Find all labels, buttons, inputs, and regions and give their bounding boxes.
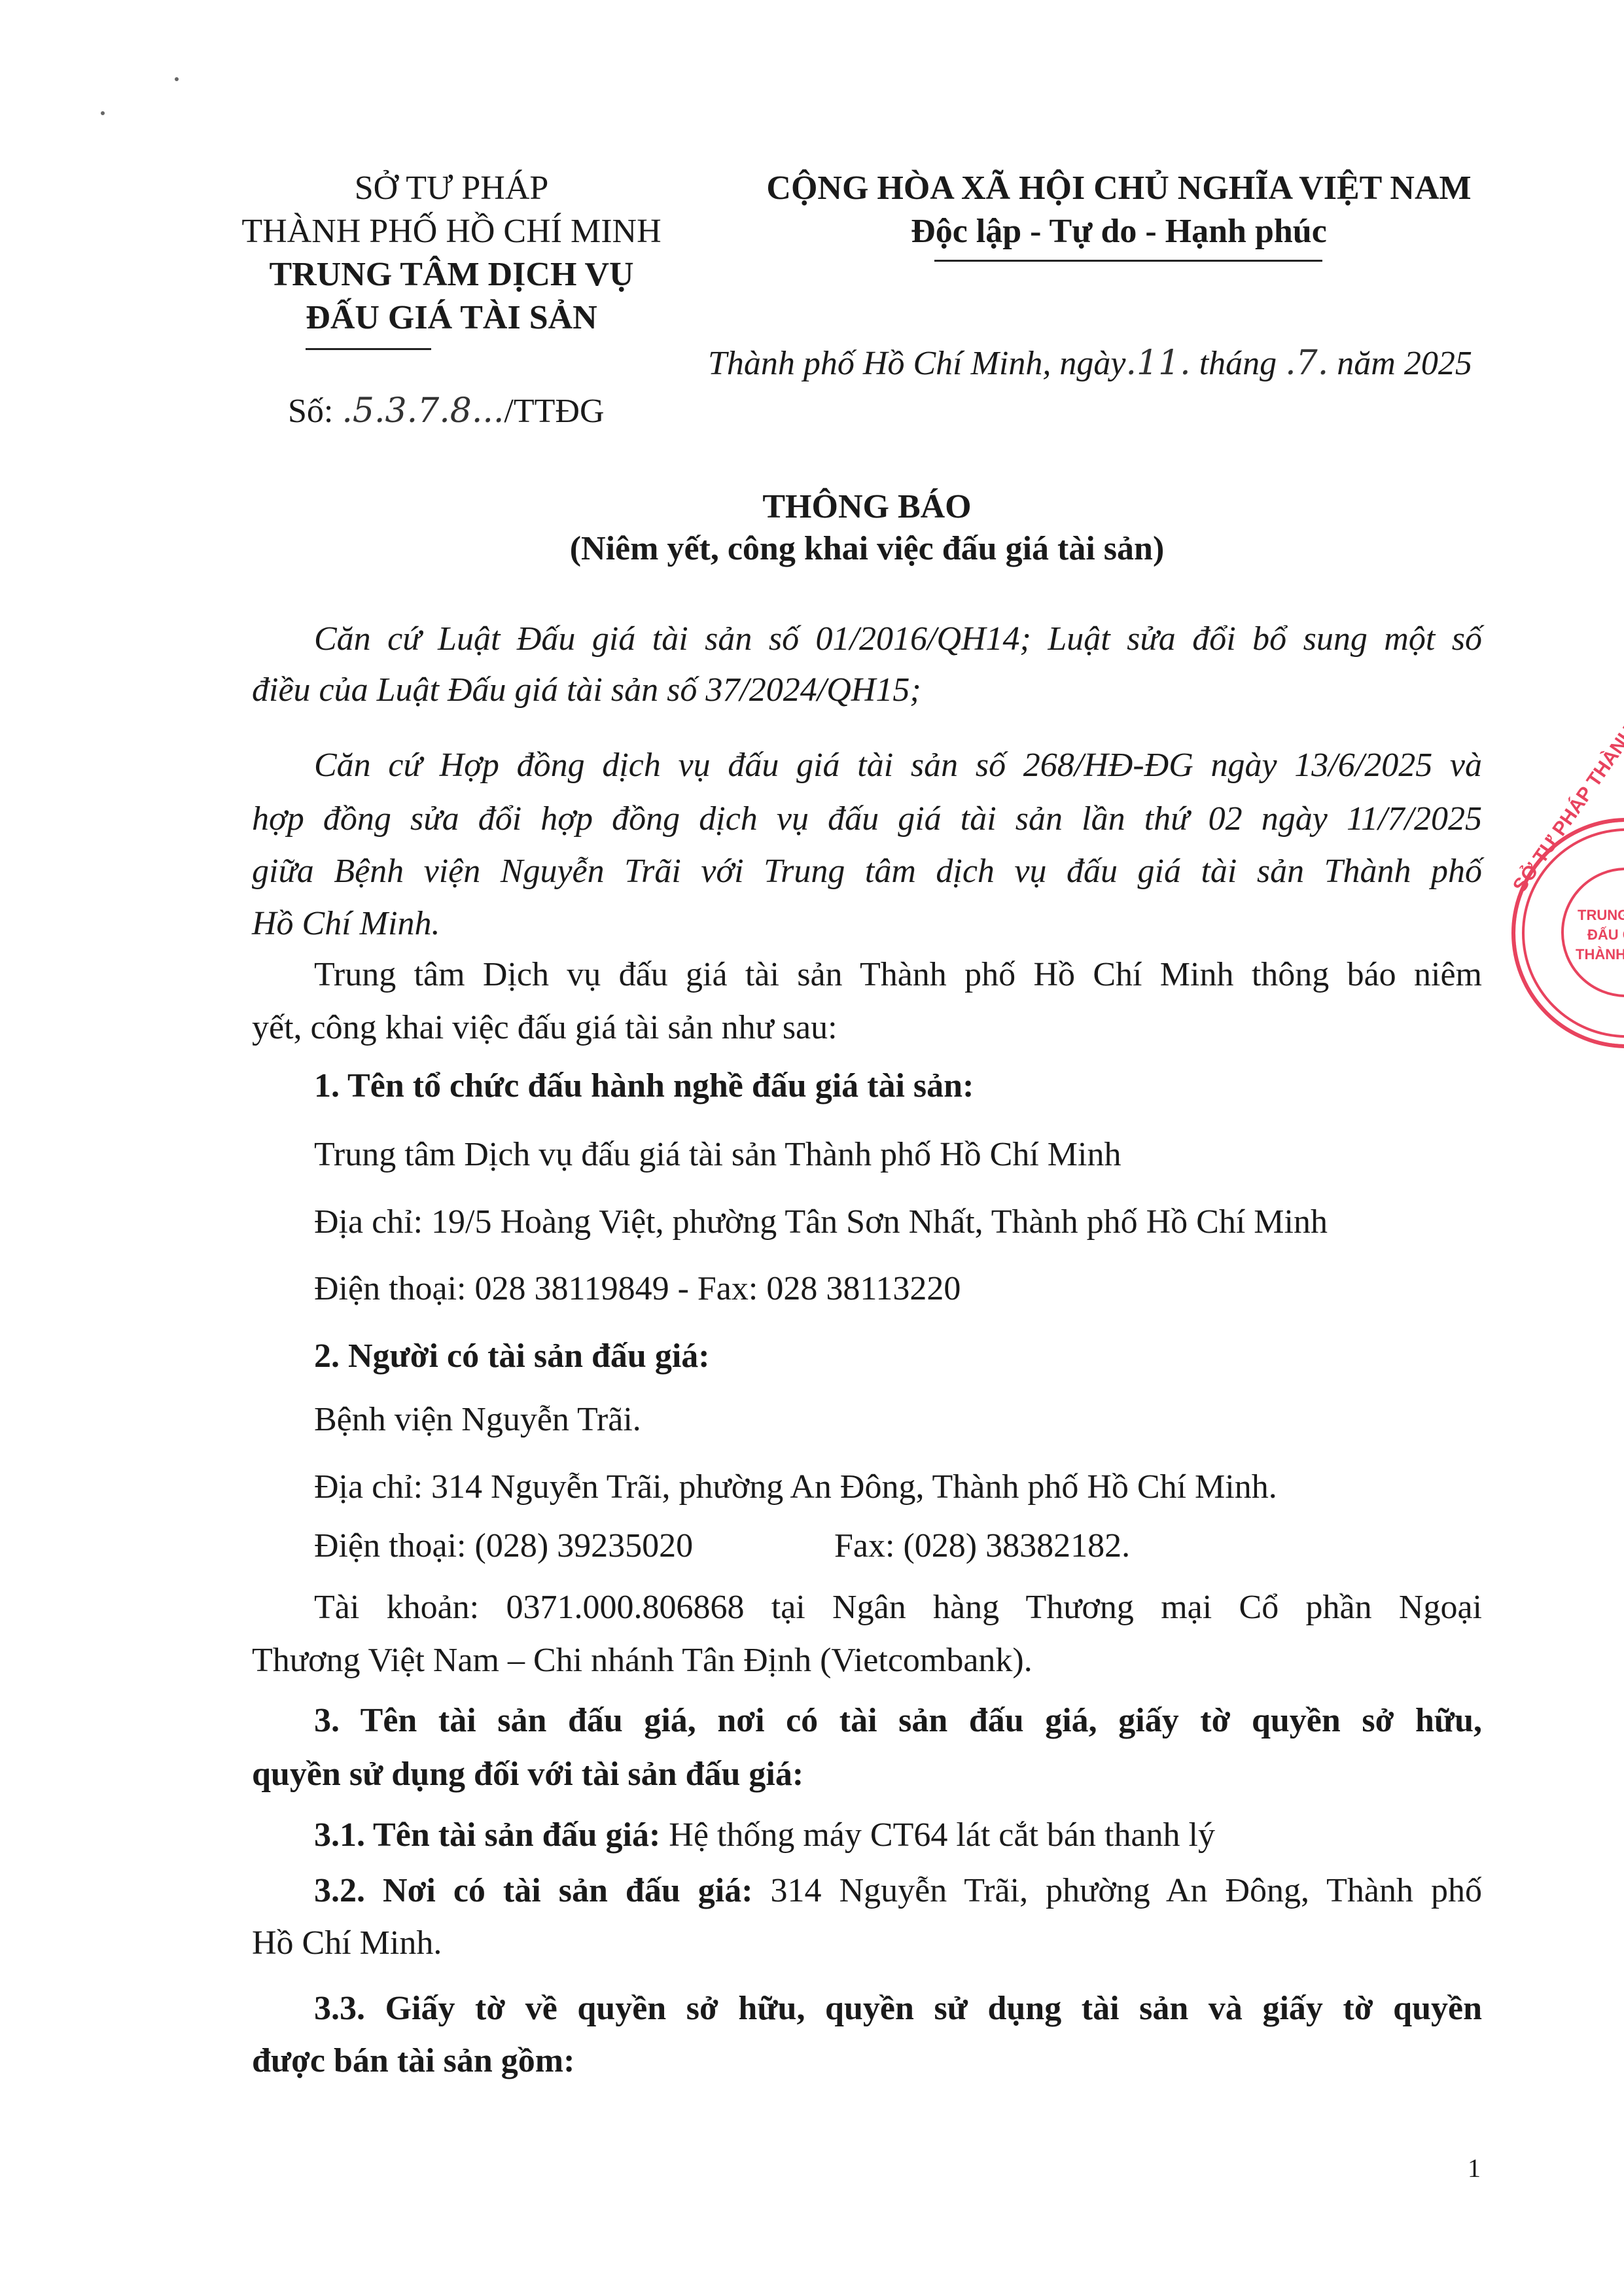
intro-line-1: Trung tâm Dịch vụ đấu giá tài sản Thành … — [314, 955, 1482, 995]
section-3-1: 3.1. Tên tài sản đấu giá: Hệ thống máy C… — [314, 1816, 1544, 1855]
section-3-heading-line-1: 3. Tên tài sản đấu giá, nơi có tài sản đ… — [314, 1701, 1482, 1740]
date-line: Thành phố Hồ Chí Minh, ngày.11. tháng .7… — [708, 342, 1472, 385]
date-prefix: Thành phố Hồ Chí Minh, ngày — [708, 345, 1125, 382]
seal-inner-line-1: TRUNG T — [1578, 907, 1624, 924]
doc-number-suffix: /TTĐG — [504, 393, 604, 430]
issuer-city: THÀNH PHỐ HỒ CHÍ MINH — [196, 210, 707, 253]
doc-number-label: Số: — [288, 393, 333, 430]
section-2-phone: Điện thoại: (028) 39235020 — [314, 1527, 693, 1564]
basis-1-line-1: Căn cứ Luật Đấu giá tài sản số 01/2016/Q… — [314, 620, 1482, 659]
scan-speck — [101, 111, 105, 115]
national-motto: Độc lập - Tự do - Hạnh phúc — [707, 210, 1531, 253]
issuer-name-line1: TRUNG TÂM DỊCH VỤ — [196, 253, 707, 296]
section-3-heading-line-2: quyền sử dụng đối với tài sản đấu giá: — [252, 1755, 1482, 1794]
date-month: .7. — [1285, 344, 1328, 383]
section-1-address: Địa chỉ: 19/5 Hoàng Việt, phường Tân Sơn… — [314, 1203, 1544, 1242]
document-number: Số: .5.3.7.8.../TTĐG — [288, 389, 605, 433]
basis-2-line-2: hợp đồng sửa đổi hợp đồng dịch vụ đấu gi… — [252, 800, 1482, 839]
section-3-2-line-1: 3.2. Nơi có tài sản đấu giá: 314 Nguyễn … — [314, 1871, 1482, 1911]
section-2-fax: Fax: (028) 38382182. — [834, 1527, 1130, 1566]
section-2-account-line-1: Tài khoản: 0371.000.806868 tại Ngân hàng… — [314, 1588, 1482, 1627]
section-3-1-label: 3.1. Tên tài sản đấu giá: — [314, 1816, 660, 1854]
section-3-1-value: Hệ thống máy CT64 lát cắt bán thanh lý — [660, 1816, 1215, 1854]
notice-title-block: THÔNG BÁO (Niêm yết, công khai việc đấu … — [252, 486, 1482, 571]
section-2-owner-name: Bệnh viện Nguyễn Trãi. — [314, 1400, 1544, 1439]
date-day: .11. — [1125, 344, 1190, 383]
country-name: CỘNG HÒA XÃ HỘI CHỦ NGHĨA VIỆT NAM — [707, 167, 1531, 210]
section-2-account-line-2: Thương Việt Nam – Chi nhánh Tân Định (Vi… — [252, 1641, 1482, 1680]
basis-2-line-4: Hồ Chí Minh. — [252, 904, 1482, 944]
intro-line-2: yết, công khai việc đấu giá tài sản như … — [252, 1008, 1482, 1048]
section-3-2-label: 3.2. Nơi có tài sản đấu giá: — [314, 1872, 753, 1909]
seal-inner-line-2: ĐẤU G — [1587, 927, 1624, 944]
issuer-block: SỞ TƯ PHÁP THÀNH PHỐ HỒ CHÍ MINH TRUNG T… — [196, 167, 707, 340]
section-2-address: Địa chỉ: 314 Nguyễn Trãi, phường An Đông… — [314, 1468, 1544, 1507]
notice-title: THÔNG BÁO — [252, 486, 1482, 529]
section-1-org-name: Trung tâm Dịch vụ đấu giá tài sản Thành … — [314, 1135, 1544, 1174]
basis-2-line-1: Căn cứ Hợp đồng dịch vụ đấu giá tài sản … — [314, 746, 1482, 785]
section-3-2-value: 314 Nguyễn Trãi, phường An Đông, Thành p… — [753, 1872, 1482, 1909]
section-3-3-line-1: 3.3. Giấy tờ về quyền sở hữu, quyền sử d… — [314, 1989, 1482, 2028]
issuer-underline — [306, 348, 431, 350]
issuer-parent-agency: SỞ TƯ PHÁP — [196, 167, 707, 210]
section-3-2-line-2: Hồ Chí Minh. — [252, 1924, 1482, 1963]
section-1-heading: 1. Tên tổ chức đấu hành nghề đấu giá tài… — [314, 1067, 1544, 1106]
section-1-phone: Điện thoại: 028 38119849 - Fax: 028 3811… — [314, 1269, 1544, 1309]
date-month-label: tháng — [1199, 345, 1277, 382]
basis-1-line-2: điều của Luật Đấu giá tài sản số 37/2024… — [252, 671, 1482, 710]
page-number: 1 — [1468, 2153, 1481, 2183]
motto-underline — [934, 260, 1322, 262]
date-year: năm 2025 — [1337, 345, 1472, 382]
issuer-name-line2: ĐẤU GIÁ TÀI SẢN — [196, 296, 707, 340]
seal-inner-line-3: THÀNH P — [1576, 946, 1624, 963]
section-3-3-line-2: được bán tài sản gồm: — [252, 2041, 1482, 2081]
section-2-heading: 2. Người có tài sản đấu giá: — [314, 1337, 1544, 1376]
doc-number-value: .5.3.7.8... — [342, 391, 504, 431]
official-seal-stamp: SỞ TƯ PHÁP THÀNH TRUNG T ĐẤU G THÀNH P — [1511, 818, 1624, 1048]
notice-subtitle: (Niêm yết, công khai việc đấu giá tài sả… — [252, 527, 1482, 571]
national-title: CỘNG HÒA XÃ HỘI CHỦ NGHĨA VIỆT NAM Độc l… — [707, 167, 1531, 253]
basis-2-line-3: giữa Bệnh viện Nguyễn Trãi với Trung tâm… — [252, 852, 1482, 891]
section-2-contact: Điện thoại: (028) 39235020 Fax: (028) 38… — [314, 1527, 1544, 1566]
scan-speck — [175, 77, 179, 81]
